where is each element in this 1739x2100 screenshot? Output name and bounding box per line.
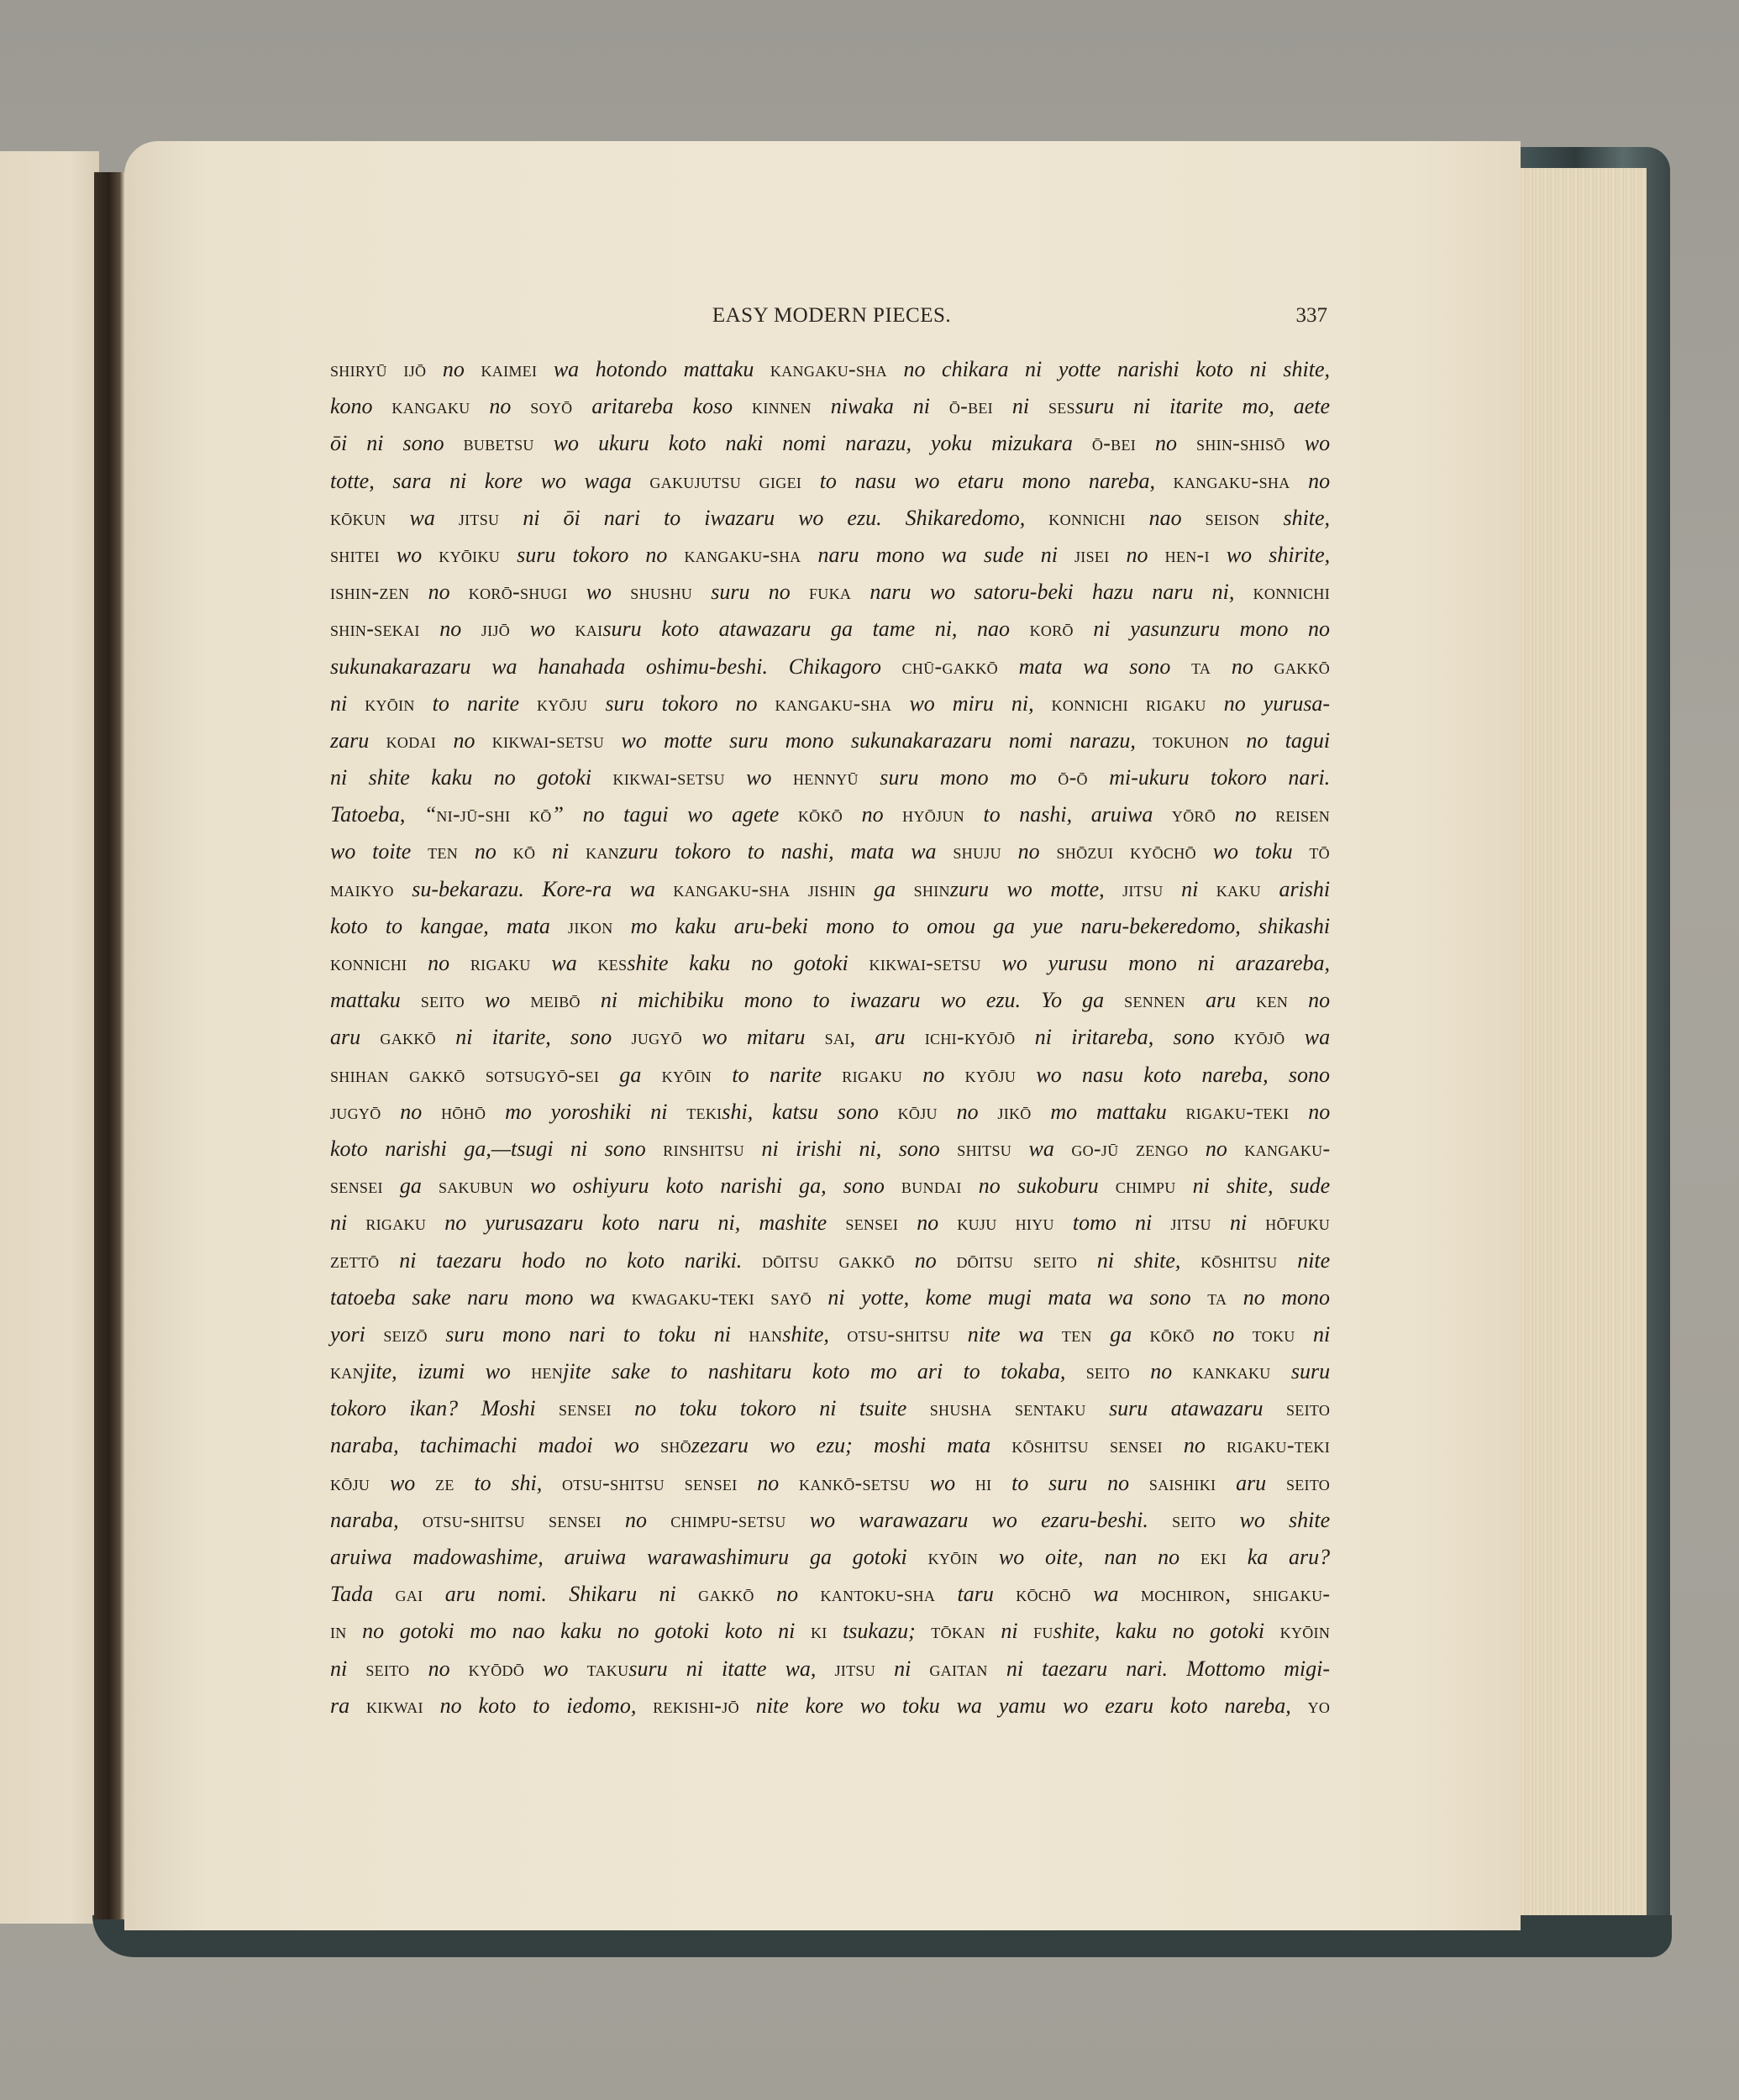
text-line: ra KIKWAI no koto to iedomo, REKISHI-JŌ … — [330, 1688, 1330, 1725]
body-text: SHIRYŪ IJŌ no KAIMEI wa hotondo mattaku … — [330, 351, 1330, 1725]
text-line: ōi ni sono BUBETSU wo ukuru koto naki no… — [330, 425, 1330, 462]
text-line: KŌKUN wa JITSU ni ōi nari to iwazaru wo … — [330, 500, 1330, 537]
text-line: SHITEI wo KYŌIKU suru tokoro no KANGAKU-… — [330, 537, 1330, 574]
text-line: KŌJU wo ZE to shi, OTSU-SHITSU SENSEI no… — [330, 1465, 1330, 1502]
text-line: kono KANGAKU no SOYŌ aritareba koso KINN… — [330, 388, 1330, 425]
text-line: SHIHAN GAKKŌ SOTSUGYŌ-SEI ga KYŌIN to na… — [330, 1057, 1330, 1094]
text-line: ni shite kaku no gotoki KIKWAI-SETSU wo … — [330, 759, 1330, 796]
text-line: ZETTŌ ni taezaru hodo no koto nariki. DŌ… — [330, 1242, 1330, 1279]
left-page-edge — [0, 151, 99, 1924]
page-number: 337 — [1296, 304, 1328, 328]
text-line: SHIRYŪ IJŌ no KAIMEI wa hotondo mattaku … — [330, 351, 1330, 388]
text-line: JUGYŌ no HŌHŌ mo yoroshiki ni TEKIshi, k… — [330, 1094, 1330, 1131]
text-line: mattaku SEITO wo MEIBŌ ni michibiku mono… — [330, 982, 1330, 1019]
text-line: ni RIGAKU no yurusazaru koto naru ni, ma… — [330, 1205, 1330, 1242]
book-gutter — [94, 172, 124, 1919]
text-line: totte, sara ni kore wo waga GAKUJUTSU GI… — [330, 463, 1330, 500]
text-line: KONNICHI no RIGAKU wa KESshite kaku no g… — [330, 945, 1330, 982]
text-line: aruiwa madowashime, aruiwa warawashimuru… — [330, 1539, 1330, 1576]
text-line: tatoeba sake naru mono wa KWAGAKU-TEKI S… — [330, 1279, 1330, 1316]
text-line: koto narishi ga,—tsugi ni sono RINSHITSU… — [330, 1131, 1330, 1168]
text-line: aru GAKKŌ ni itarite, sono JUGYŌ wo mita… — [330, 1019, 1330, 1056]
text-line: koto to kangae, mata JIKON mo kaku aru-b… — [330, 908, 1330, 945]
text-line: sukunakarazaru wa hanahada oshimu-beshi.… — [330, 648, 1330, 685]
text-line: wo toite TEN no KŌ ni KANzuru tokoro to … — [330, 833, 1330, 870]
text-line: Tatoeba, “NI-JŪ-SHI KŌ” no tagui wo aget… — [330, 796, 1330, 833]
text-line: yori SEIZŌ suru mono nari to toku ni HAN… — [330, 1316, 1330, 1353]
text-line: SENSEI ga SAKUBUN wo oshiyuru koto naris… — [330, 1168, 1330, 1205]
text-line: tokoro ikan? Moshi SENSEI no toku tokoro… — [330, 1390, 1330, 1427]
text-line: naraba, OTSU-SHITSU SENSEI no CHIMPU-SET… — [330, 1502, 1330, 1539]
text-line: Tada GAI aru nomi. Shikaru ni GAKKŌ no K… — [330, 1576, 1330, 1613]
text-line: IN no gotoki mo nao kaku no gotoki koto … — [330, 1613, 1330, 1650]
text-line: ni SEITO no KYŌDŌ wo TAKUsuru ni itatte … — [330, 1651, 1330, 1688]
text-line: ni KYŌIN to narite KYŌJU suru tokoro no … — [330, 685, 1330, 722]
text-line: MAIKYO su-bekarazu. Kore-ra wa KANGAKU-S… — [330, 871, 1330, 908]
text-line: zaru KODAI no KIKWAI-SETSU wo motte suru… — [330, 722, 1330, 759]
text-line: ISHIN-ZEN no KORŌ-SHUGI wo SHUSHU suru n… — [330, 574, 1330, 611]
text-line: KANjite, izumi wo HENjite sake to nashit… — [330, 1353, 1330, 1390]
running-head: EASY MODERN PIECES. — [336, 304, 1327, 328]
page-header: EASY MODERN PIECES. 337 — [336, 304, 1327, 338]
text-line: naraba, tachimachi madoi wo SHŌzezaru wo… — [330, 1427, 1330, 1464]
text-line: SHIN-SEKAI no JIJŌ wo KAIsuru koto atawa… — [330, 611, 1330, 648]
